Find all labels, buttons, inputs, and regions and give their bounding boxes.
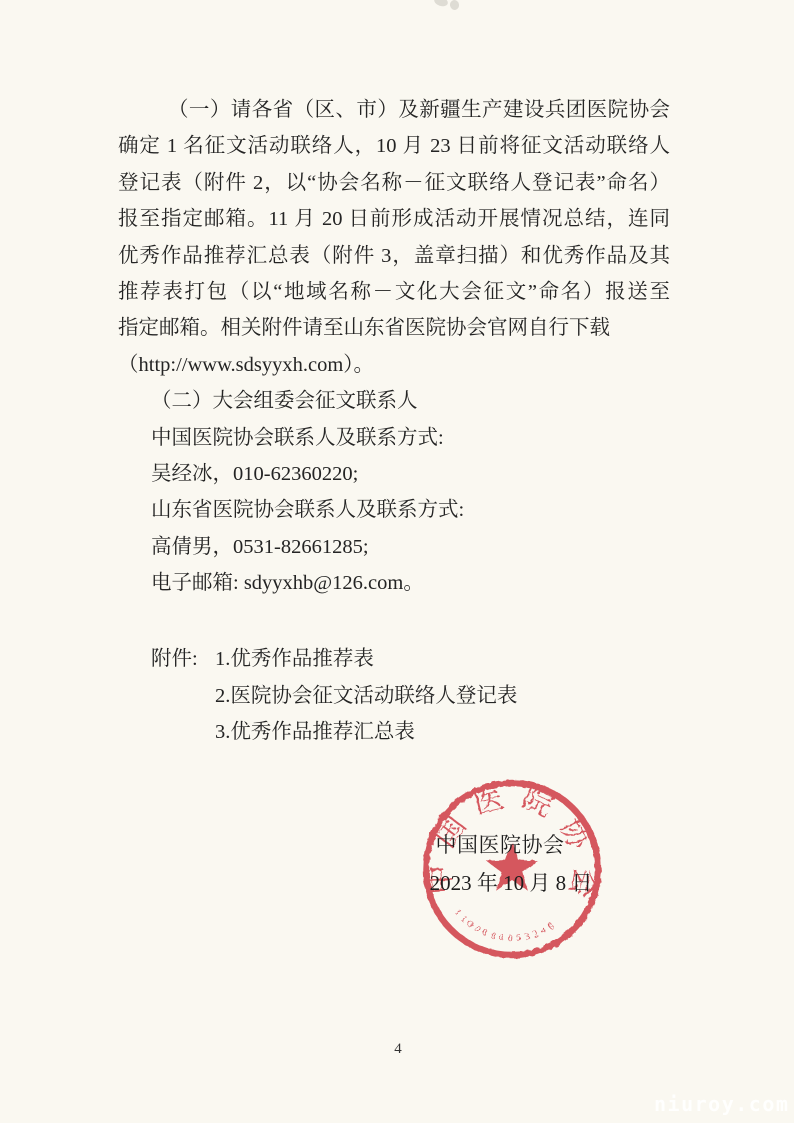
body-text: （一）请各省（区、市）及新疆生产建设兵团医院协会 确定 1 名征文活动联络人，1… (118, 92, 670, 751)
body-line: 登记表（附件 2，以“协会名称－征文联络人登记表”命名） (118, 165, 670, 201)
body-line: 报至指定邮箱。11 月 20 日前形成活动开展情况总结，连同 (118, 201, 670, 237)
contact-line: 山东省医院协会联系人及联系方式: (151, 492, 670, 528)
contact-line: 吴经冰，010-62360220; (151, 456, 670, 492)
body-line: （一）请各省（区、市）及新疆生产建设兵团医院协会 (118, 92, 670, 128)
scan-artifact (449, 0, 460, 11)
attachment-item: 3.优秀作品推荐汇总表 (215, 714, 670, 750)
body-line: 确定 1 名征文活动联络人，10 月 23 日前将征文活动联络人 (118, 128, 670, 164)
body-line: 推荐表打包（以“地域名称－文化大会征文”命名）报送至 (118, 274, 670, 310)
attachments-block: 附件: 1.优秀作品推荐表 2.医院协会征文活动联络人登记表 3.优秀作品推荐汇… (118, 641, 670, 750)
signature-organization: 中国医院协会 (436, 833, 565, 857)
attachments-label: 附件: (151, 641, 198, 677)
page-number: 4 (358, 1041, 438, 1058)
document-page: （一）请各省（区、市）及新疆生产建设兵团医院协会 确定 1 名征文活动联络人，1… (0, 0, 794, 1123)
body-line: 优秀作品推荐汇总表（附件 3，盖章扫描）和优秀作品及其 (118, 238, 670, 274)
contact-line: 电子邮箱: sdyyxhb@126.com。 (151, 565, 670, 601)
body-line: 指定邮箱。相关附件请至山东省医院协会官网自行下载 (118, 310, 670, 346)
contact-line: 高倩男，0531-82661285; (151, 529, 670, 565)
attachment-item: 2.医院协会征文活动联络人登记表 (215, 678, 670, 714)
section-heading: （二）大会组委会征文联系人 (151, 383, 670, 419)
scan-artifact (433, 0, 449, 8)
watermark: niuroy.com (654, 1092, 789, 1116)
website-url: （http://www.sdsyyxh.com）。 (118, 347, 670, 383)
signature-date: 2023 年 10 月 8 日 (430, 871, 593, 895)
contact-line: 中国医院协会联系人及联系方式: (151, 420, 670, 456)
seal-serial: 1100000053246 (452, 908, 560, 944)
official-seal: 中国医院协会 1100000053246 (417, 774, 607, 964)
attachment-item: 1.优秀作品推荐表 (215, 641, 670, 677)
